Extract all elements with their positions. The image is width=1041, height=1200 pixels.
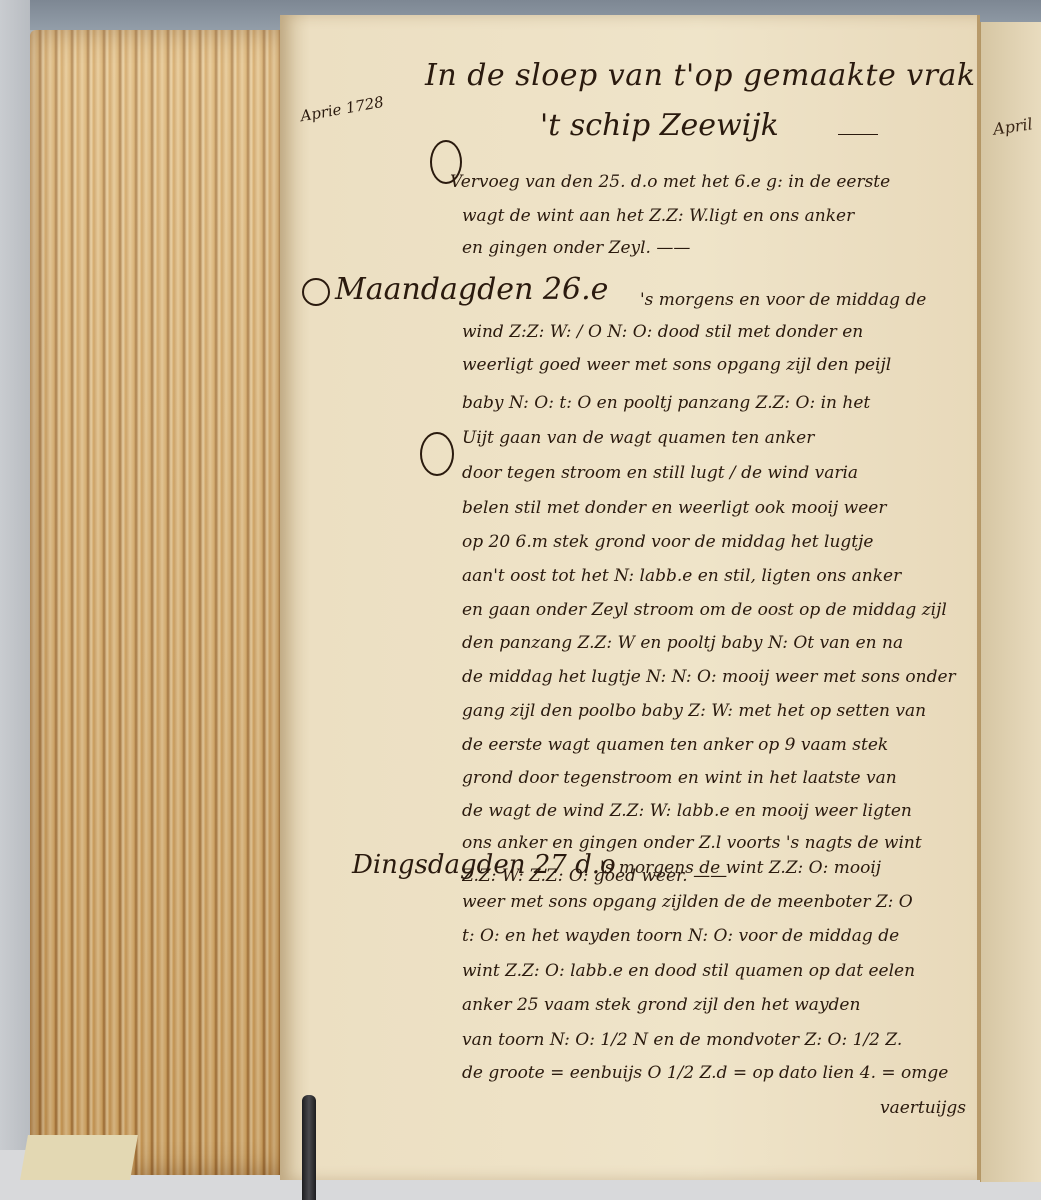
log-line: t: O: en het wayden toorn N: O: voor de …: [462, 926, 977, 946]
log-line: 's morgens en voor de middag de: [640, 290, 977, 310]
book-stand-pin: [302, 1095, 316, 1200]
log-line: gang zijl den poolbo baby Z: W: met het …: [462, 701, 977, 721]
title-rule: [838, 134, 878, 135]
book-page-edges: [30, 30, 290, 1175]
log-line: de eerste wagt quamen ten anker op 9 vaa…: [462, 735, 977, 755]
log-line: de groote = eenbuijs O 1/2 Z.d = op dato…: [462, 1063, 977, 1083]
facing-page: April: [980, 22, 1041, 1182]
log-line: weer met sons opgang zijlden de de meenb…: [462, 892, 977, 912]
log-line: wagt de wint aan het Z.Z: W.ligt en ons …: [462, 206, 977, 226]
log-line: belen stil met donder en weerligt ook mo…: [462, 498, 977, 518]
day-heading-monday: Maandagden 26.e: [335, 272, 608, 307]
log-line: baby N: O: t: O en pooltj panzang Z.Z: O…: [462, 393, 977, 413]
log-line: Uijt gaan van de wagt quamen ten anker: [462, 428, 977, 448]
log-line: wint Z.Z: O: labb.e en dood stil quamen …: [462, 961, 977, 981]
log-line: 's morgens de wint Z.Z: O: mooij: [600, 858, 977, 878]
log-line: grond door tegenstroom en wint in het la…: [462, 768, 977, 788]
log-line: van toorn N: O: 1/2 N en de mondvoter Z:…: [462, 1030, 977, 1050]
log-line: door tegen stroom en still lugt / de win…: [462, 463, 977, 483]
log-line: Vervoeg van den 25. d.o met het 6.e g: i…: [450, 172, 965, 192]
log-line: en gaan onder Zeyl stroom om de oost op …: [462, 600, 977, 620]
paragraph-flourish-icon: [420, 432, 454, 476]
facing-page-margin-note: April: [992, 114, 1034, 138]
log-line: weerligt goed weer met sons opgang zijl …: [462, 355, 977, 375]
log-line: wind Z:Z: W: / O N: O: dood stil met don…: [462, 322, 977, 342]
page-title: In de sloep van t'op gemaakte vrak: [425, 58, 976, 93]
log-line: de middag het lugtje N: N: O: mooij weer…: [462, 667, 977, 687]
page-subtitle: 't schip Zeewijk: [540, 108, 779, 143]
book-cover-corner: [20, 1135, 138, 1180]
catchword: vaertuijgs: [880, 1098, 980, 1118]
log-line: den panzang Z.Z: W en pooltj baby N: Ot …: [462, 633, 977, 653]
heading-flourish-icon: [302, 278, 330, 306]
log-line: en gingen onder Zeyl. ——: [462, 238, 977, 258]
log-line: anker 25 vaam stek grond zijl den het wa…: [462, 995, 977, 1015]
log-line: op 20 6.m stek grond voor de middag het …: [462, 532, 977, 552]
day-heading-tuesday: Dingsdagden 27 d.o: [352, 850, 616, 880]
page-gutter: [977, 15, 980, 1180]
log-line: de wagt de wind Z.Z: W: labb.e en mooij …: [462, 801, 977, 821]
log-line: aan't oost tot het N: labb.e en stil, li…: [462, 566, 977, 586]
photo-background-left: [0, 0, 30, 1200]
